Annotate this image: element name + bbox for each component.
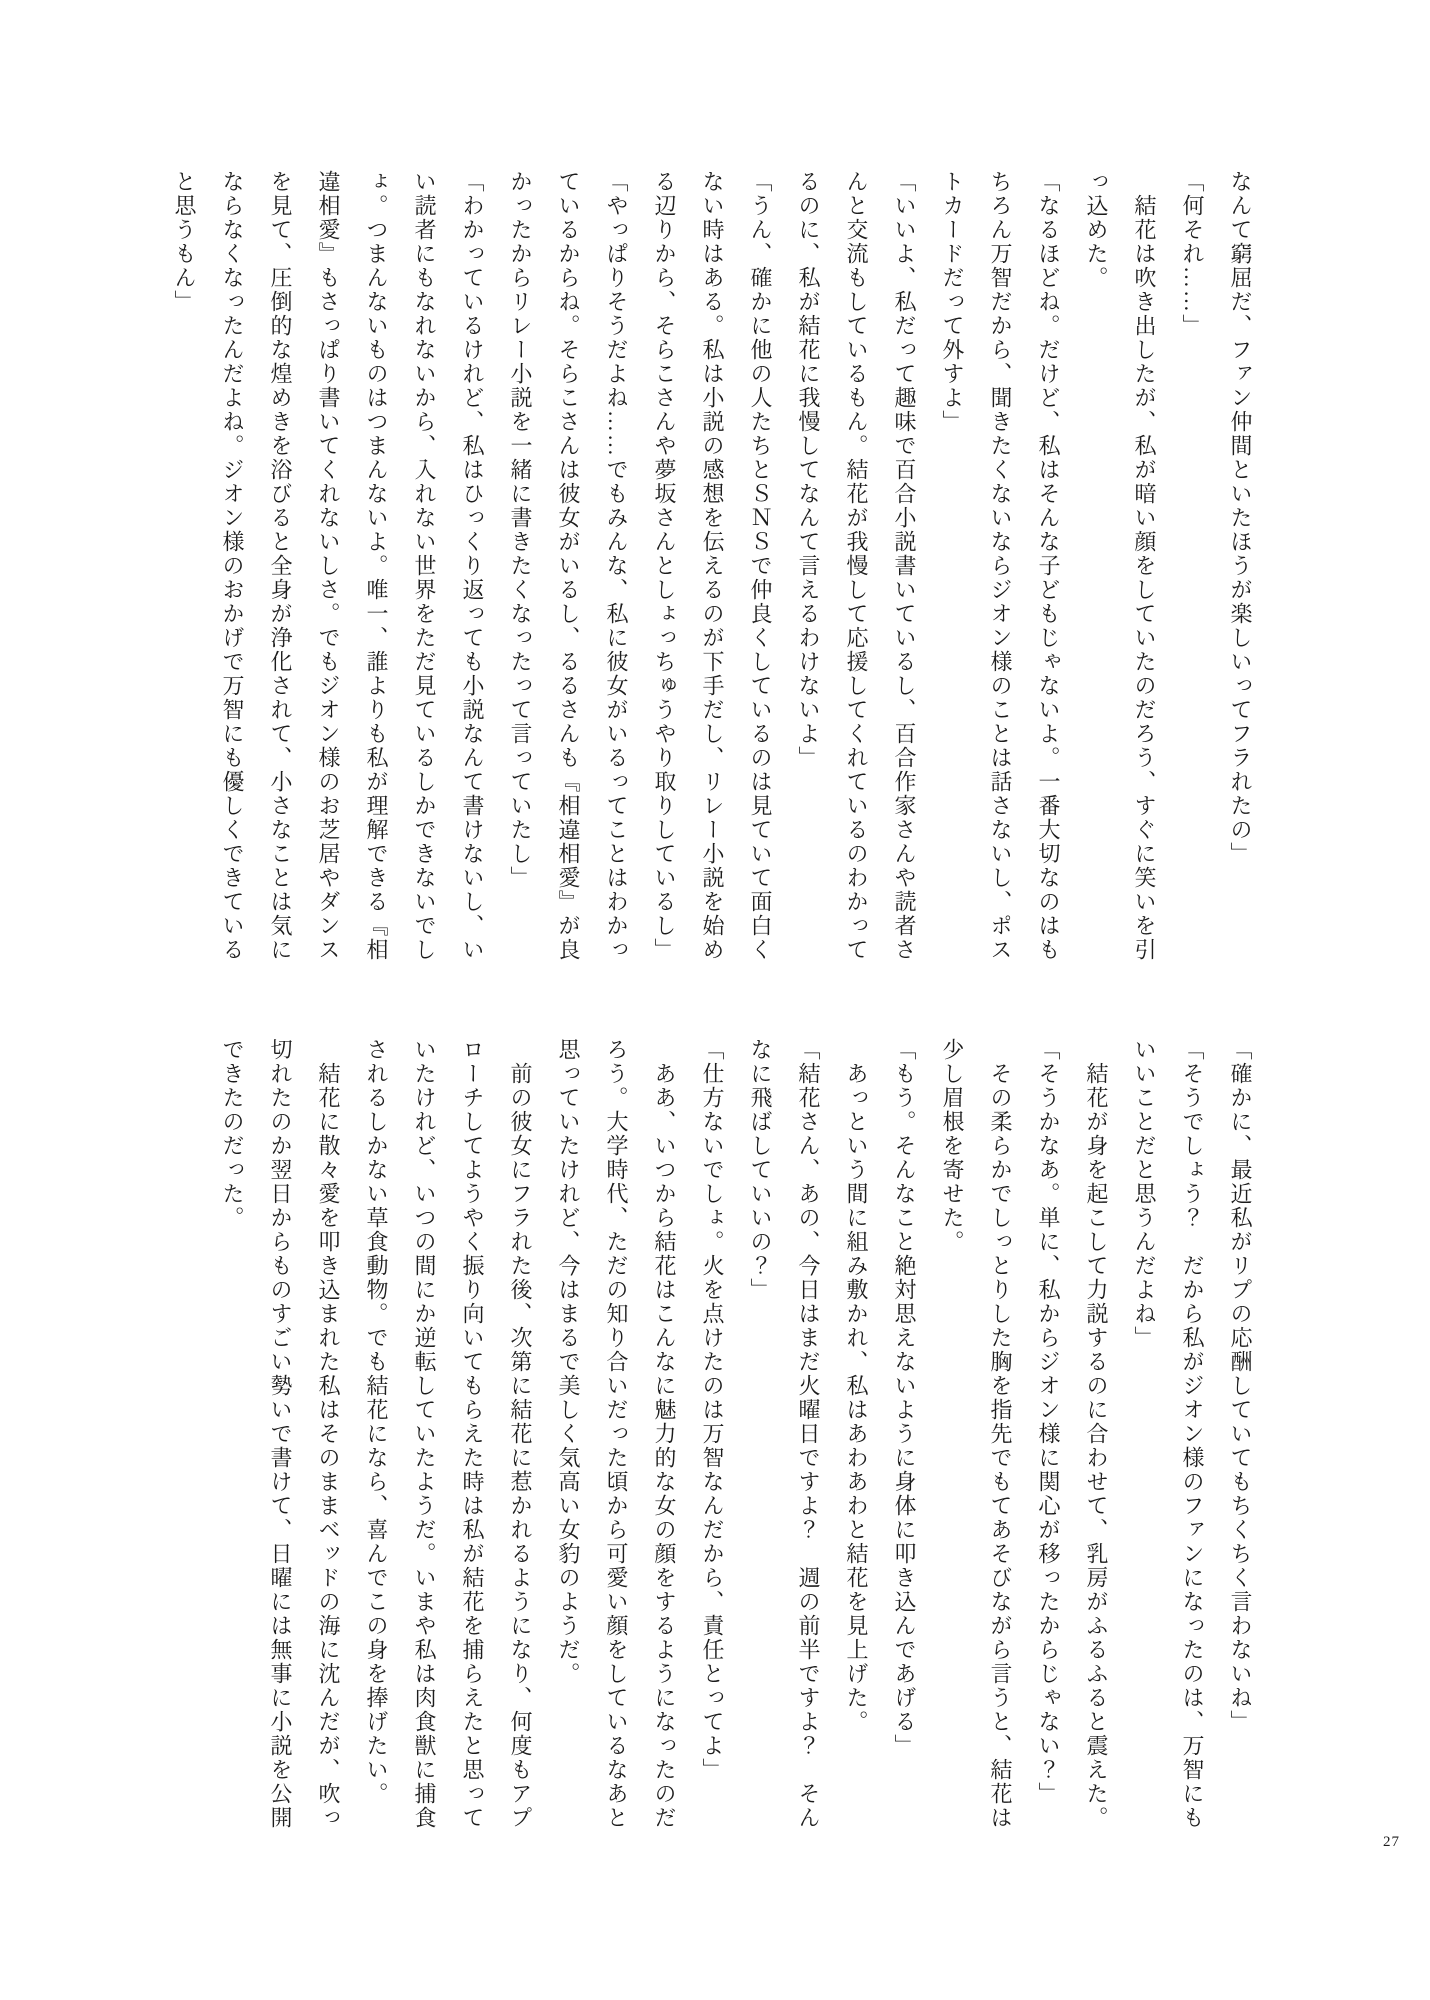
paragraph: 前の彼女にフラれた後、次第に結花に惹かれるようになり、何度もアプローチしてようや…	[352, 1038, 544, 1834]
paragraph: あっという間に組み敷かれ、私はあわあわと結花を見上げた。	[832, 1038, 880, 1834]
paragraph: 「そうかなあ。単に、私からジオン様に関心が移ったからじゃない？」	[1024, 1038, 1072, 1834]
paragraph: 「うん、確かに他の人たちとＳＮＳで仲良くしているのは見ていて面白くない時はある。…	[640, 170, 784, 966]
paragraph: 「何それ……」	[1168, 170, 1216, 966]
document-page: なんて窮屈だ、ファン仲間といたほうが楽しいってフラれたの」 「何それ……」 結花…	[0, 0, 1430, 2000]
paragraph: 「わかっているけれど、私はひっくり返っても小説なんて書けないし、いい読者にもなれ…	[160, 170, 496, 966]
paragraph: 「いいよ、私だって趣味で百合小説書いているし、百合作家さんや読者さんと交流もして…	[784, 170, 928, 966]
novel-text-block-bottom: 「確かに、最近私がリプの応酬していてもちくちく言わないね」 「そうでしょう？ だ…	[208, 1038, 1264, 1834]
paragraph: 「もう。そんなこと絶対思えないように身体に叩き込んであげる」	[880, 1038, 928, 1834]
paragraph: 「結花さん、あの、今日はまだ火曜日ですよ？ 週の前半ですよ？ そんなに飛ばしてい…	[736, 1038, 832, 1834]
novel-text-block-top: なんて窮屈だ、ファン仲間といたほうが楽しいってフラれたの」 「何それ……」 結花…	[160, 170, 1264, 966]
paragraph: 「確かに、最近私がリプの応酬していてもちくちく言わないね」	[1216, 1038, 1264, 1834]
paragraph: 結花に散々愛を叩き込まれた私はそのままベッドの海に沈んだが、吹っ切れたのか翌日か…	[208, 1038, 352, 1834]
paragraph: 結花は吹き出したが、私が暗い顔をしていたのだろう、すぐに笑いを引っ込めた。	[1072, 170, 1168, 966]
paragraph: なんて窮屈だ、ファン仲間といたほうが楽しいってフラれたの」	[1216, 170, 1264, 966]
paragraph: その柔らかでしっとりした胸を指先でもてあそびながら言うと、結花は少し眉根を寄せた…	[928, 1038, 1024, 1834]
paragraph: 「なるほどね。だけど、私はそんな子どもじゃないよ。一番大切なのはもちろん万智だか…	[928, 170, 1072, 966]
paragraph: 「そうでしょう？ だから私がジオン様のファンになったのは、万智にもいいことだと思…	[1120, 1038, 1216, 1834]
paragraph: ああ、いつから結花はこんなに魅力的な女の顔をするようになったのだろう。大学時代、…	[544, 1038, 688, 1834]
paragraph: 「仕方ないでしょ。火を点けたのは万智なんだから、責任とってよ」	[688, 1038, 736, 1834]
paragraph: 結花が身を起こして力説するのに合わせて、乳房がふるふると震えた。	[1072, 1038, 1120, 1834]
page-number: 27	[1383, 1834, 1400, 1851]
paragraph: 「やっぱりそうだよね……でもみんな、私に彼女がいるってことはわかっているからね。…	[496, 170, 640, 966]
